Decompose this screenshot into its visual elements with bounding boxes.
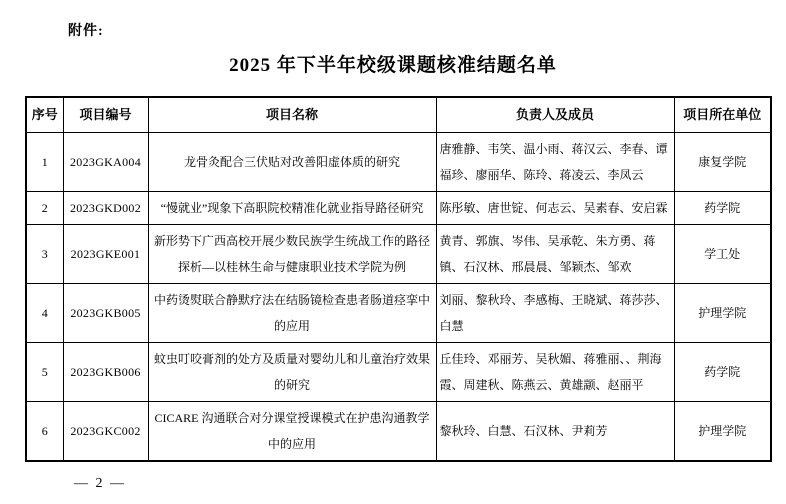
unit-cell: 药学院 [674, 343, 771, 402]
project-name-cell: “慢就业”现象下高职院校精准化就业指导路径研究 [148, 192, 436, 225]
unit-cell: 护理学院 [674, 284, 771, 343]
document-page: 附件: 2025 年下半年校级课题核准结题名单 序号 项目编号 项目名称 负责人… [0, 0, 786, 504]
project-name-cell: 龙骨灸配合三伏贴对改善阳虚体质的研究 [148, 133, 436, 192]
members-cell: 丘佳玲、邓丽芳、吴秋媚、蒋雅丽、、荆海霞、周建秋、陈燕云、黄雄颛、赵丽平 [436, 343, 674, 402]
unit-cell: 药学院 [674, 192, 771, 225]
table-row: 4 2023GKB005 中药烫熨联合静默疗法在结肠镜检查患者肠道痉挛中的应用 … [26, 284, 771, 343]
row-number-cell: 5 [26, 343, 63, 402]
table-row: 5 2023GKB006 蚊虫叮咬膏剂的处方及质量对婴幼儿和儿童治疗效果的研究 … [26, 343, 771, 402]
header-project-code: 项目编号 [63, 97, 148, 133]
table-row: 2 2023GKD002 “慢就业”现象下高职院校精准化就业指导路径研究 陈彤敏… [26, 192, 771, 225]
header-serial-number: 序号 [26, 97, 63, 133]
header-members: 负责人及成员 [436, 97, 674, 133]
project-code-cell: 2023GKC002 [63, 402, 148, 462]
project-code-cell: 2023GKB006 [63, 343, 148, 402]
results-table: 序号 项目编号 项目名称 负责人及成员 项目所在单位 1 2023GKA004 … [25, 96, 772, 462]
row-number-cell: 3 [26, 225, 63, 284]
project-code-cell: 2023GKA004 [63, 133, 148, 192]
page-number: — 2 — [74, 476, 126, 492]
project-name-cell: 新形势下广西高校开展少数民族学生统战工作的路径探析—以桂林生命与健康职业技术学院… [148, 225, 436, 284]
table-row: 3 2023GKE001 新形势下广西高校开展少数民族学生统战工作的路径探析—以… [26, 225, 771, 284]
project-name-cell: 蚊虫叮咬膏剂的处方及质量对婴幼儿和儿童治疗效果的研究 [148, 343, 436, 402]
row-number-cell: 6 [26, 402, 63, 462]
table-header-row: 序号 项目编号 项目名称 负责人及成员 项目所在单位 [26, 97, 771, 133]
table-row: 6 2023GKC002 CICARE 沟通联合对分课堂授课模式在护患沟通教学中… [26, 402, 771, 462]
unit-cell: 康复学院 [674, 133, 771, 192]
attachment-label: 附件: [68, 20, 104, 40]
project-code-cell: 2023GKE001 [63, 225, 148, 284]
project-code-cell: 2023GKB005 [63, 284, 148, 343]
members-cell: 黎秋玲、白慧、石汉林、尹莉芳 [436, 402, 674, 462]
members-cell: 刘丽、黎秋玲、李感梅、王晓斌、蒋莎莎、白慧 [436, 284, 674, 343]
header-project-name: 项目名称 [148, 97, 436, 133]
members-cell: 黄青、郭旗、岑伟、吴承乾、朱方勇、蒋镇、石汉林、邢晨晨、邹颖杰、邹欢 [436, 225, 674, 284]
document-title: 2025 年下半年校级课题核准结题名单 [0, 50, 786, 77]
header-unit: 项目所在单位 [674, 97, 771, 133]
table-row: 1 2023GKA004 龙骨灸配合三伏贴对改善阳虚体质的研究 唐雅静、韦笑、温… [26, 133, 771, 192]
row-number-cell: 2 [26, 192, 63, 225]
members-cell: 唐雅静、韦笑、温小雨、蒋汉云、李春、谭福珍、廖丽华、陈玲、蒋凌云、李凤云 [436, 133, 674, 192]
unit-cell: 护理学院 [674, 402, 771, 462]
project-name-cell: 中药烫熨联合静默疗法在结肠镜检查患者肠道痉挛中的应用 [148, 284, 436, 343]
unit-cell: 学工处 [674, 225, 771, 284]
row-number-cell: 1 [26, 133, 63, 192]
project-name-cell: CICARE 沟通联合对分课堂授课模式在护患沟通教学中的应用 [148, 402, 436, 462]
row-number-cell: 4 [26, 284, 63, 343]
members-cell: 陈彤敏、唐世锭、何志云、吴素春、安启霖 [436, 192, 674, 225]
project-code-cell: 2023GKD002 [63, 192, 148, 225]
